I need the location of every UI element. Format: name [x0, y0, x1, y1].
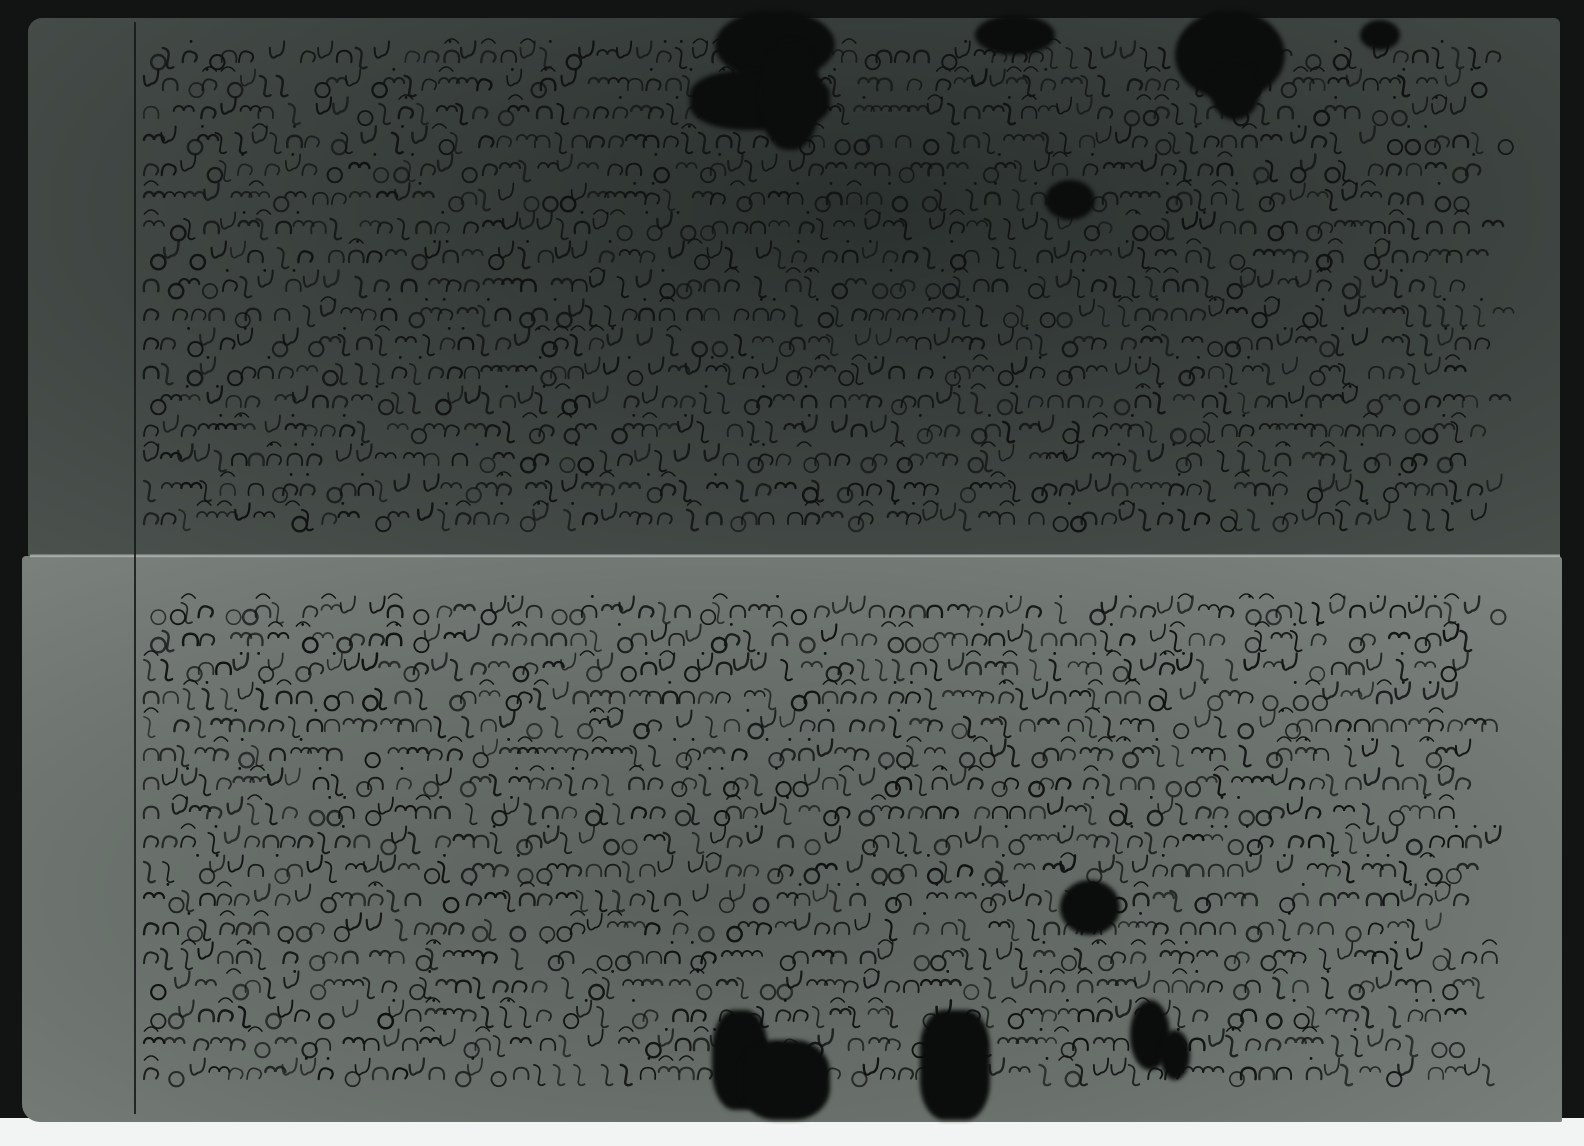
- manuscript-line: ရှုစ်ညီ တော် ကမ်း ဗ ။ လက် ဝေ ကော် ပိုင် …: [142, 956, 1542, 986]
- manuscript-line: အခြားတ ည ။ အ ရော တောင် ကား သ ဝ ရော ဝတ် လ…: [142, 782, 1542, 812]
- manuscript-line: ပိုင် ကား ချောင်း က သည် မျိုး ခန်း နား န…: [142, 696, 1542, 726]
- transcription-layer: ဆိုပေဗဟုယင်း ဟုတ ပြီး ကားအွမ်းခနဲ ရေခွဲ …: [0, 0, 1584, 1146]
- manuscript-line: သဗ္ဗွာ လမ ကျ ။ သိမ် ကို ကျောင်း ကိုကောင်…: [142, 869, 1542, 899]
- manuscript-line: လျှ ဖြ တော်မူ ဖြ ။ တောင် ကား သင် ကြီး မြ…: [142, 898, 1542, 928]
- manuscript-line: ကြီး က သည် ။ မြော် ကား ပုတ် မြည့် ဝ ညာ ဝ…: [142, 753, 1542, 783]
- manuscript-line: လယ်ကိုင်း မြို့ လယ်နှုတ်ကြ ။ ရေစ် တော်ခု…: [142, 400, 1542, 430]
- manuscript-line: အမျက်ပြည်း ဝတ်တ ပယ် ။ လယ် ကော် ဝတ် တ ပယ်…: [142, 284, 1542, 314]
- manuscript-line: ပြီး ပြီး ကြော သင် ပုတ် ဝတ် ဆွမ်း ဝတ် မြ…: [142, 638, 1542, 668]
- manuscript-line: လယ်ကိုင်း အရပ်သို့ ရောဲ လေပြီးသော် ။ မြိ…: [142, 83, 1542, 113]
- manuscript-photo: ဆိုပေဗဟုယင်း ဟုတ ပြီး ကားအွမ်းခနဲ ရေခွဲ …: [0, 0, 1584, 1146]
- manuscript-line: သည်မျှ အပ မရှိ ကြောဘောင်း လင်းအရပ် နှင့်…: [142, 168, 1542, 198]
- manuscript-line: ပြီး ပင် ပါ ဝေသ ဝ ။ ဝ နှင့် အ မှုတ် ရ ပ …: [142, 371, 1542, 401]
- manuscript-line: ဂါနှင့် အတ ဘ ကျ ကောင်း မှု ပြု လို သဝ် ဟ…: [142, 667, 1542, 697]
- manuscript-line: သဗ္ဗိုတ် ဝတ် မြစ် စီ မ်ိသင်္ဂါ ။ အ ရည် တ…: [142, 342, 1542, 372]
- manuscript-line: ရွှေသွေး ကျော် ဝတ်တ ပယ် ။ သ ခွန် ကြေ ရင်…: [142, 255, 1542, 285]
- manuscript-line: အချင်မ ဒေဘ အား လျှ ပြ တော်မူ သည် ။ မု ရင…: [142, 811, 1542, 841]
- manuscript-line: နားတော်လျှော် ဗ ။ သော မင်း ကြီး ဘောင်း လ…: [142, 610, 1542, 640]
- manuscript-line: ကျေးဖေမြပကိ လင်မြဲ ယား ကိုတ မျက် ခြေ ကျု…: [142, 840, 1542, 870]
- manuscript-line: တောင်း မြစ် ချောင်း အနား ကြား အရှေ့ ရြော…: [142, 226, 1542, 256]
- manuscript-line: နှင့်တ ကျ ။ လယ် ပေ ယ ။ လက်ဆောင် တော်ဆက်…: [142, 197, 1542, 227]
- manuscript-line: မြေ မှု နိုးကု နိုး တော် ခြား ဗ ။ က နိုး…: [142, 724, 1542, 754]
- manuscript-line: တောင် ဘုရား ကိုလက်ဆောင် တော်ဆက်စွ ။ သတို…: [142, 313, 1542, 343]
- manuscript-line: သိမ် ကိုကောင်း မှု ပြု ဗျာ ။ သ တင်း သိုး…: [142, 927, 1542, 957]
- manuscript-line: ဒူးသည်တို့ ။ သင်တို့ အသည် ရည်းစွ တ ကားဟု…: [142, 140, 1542, 170]
- manuscript-line: ဆိုပေဗဟုယင်း ဟုတ ပြီး ကားအွမ်းခနဲ ရေခွဲ …: [142, 55, 1542, 85]
- manuscript-line: မူလ်ဂါ ။ ဧ ကြောဘောင်း လင်း အသည်တို့ သည်။…: [142, 111, 1542, 141]
